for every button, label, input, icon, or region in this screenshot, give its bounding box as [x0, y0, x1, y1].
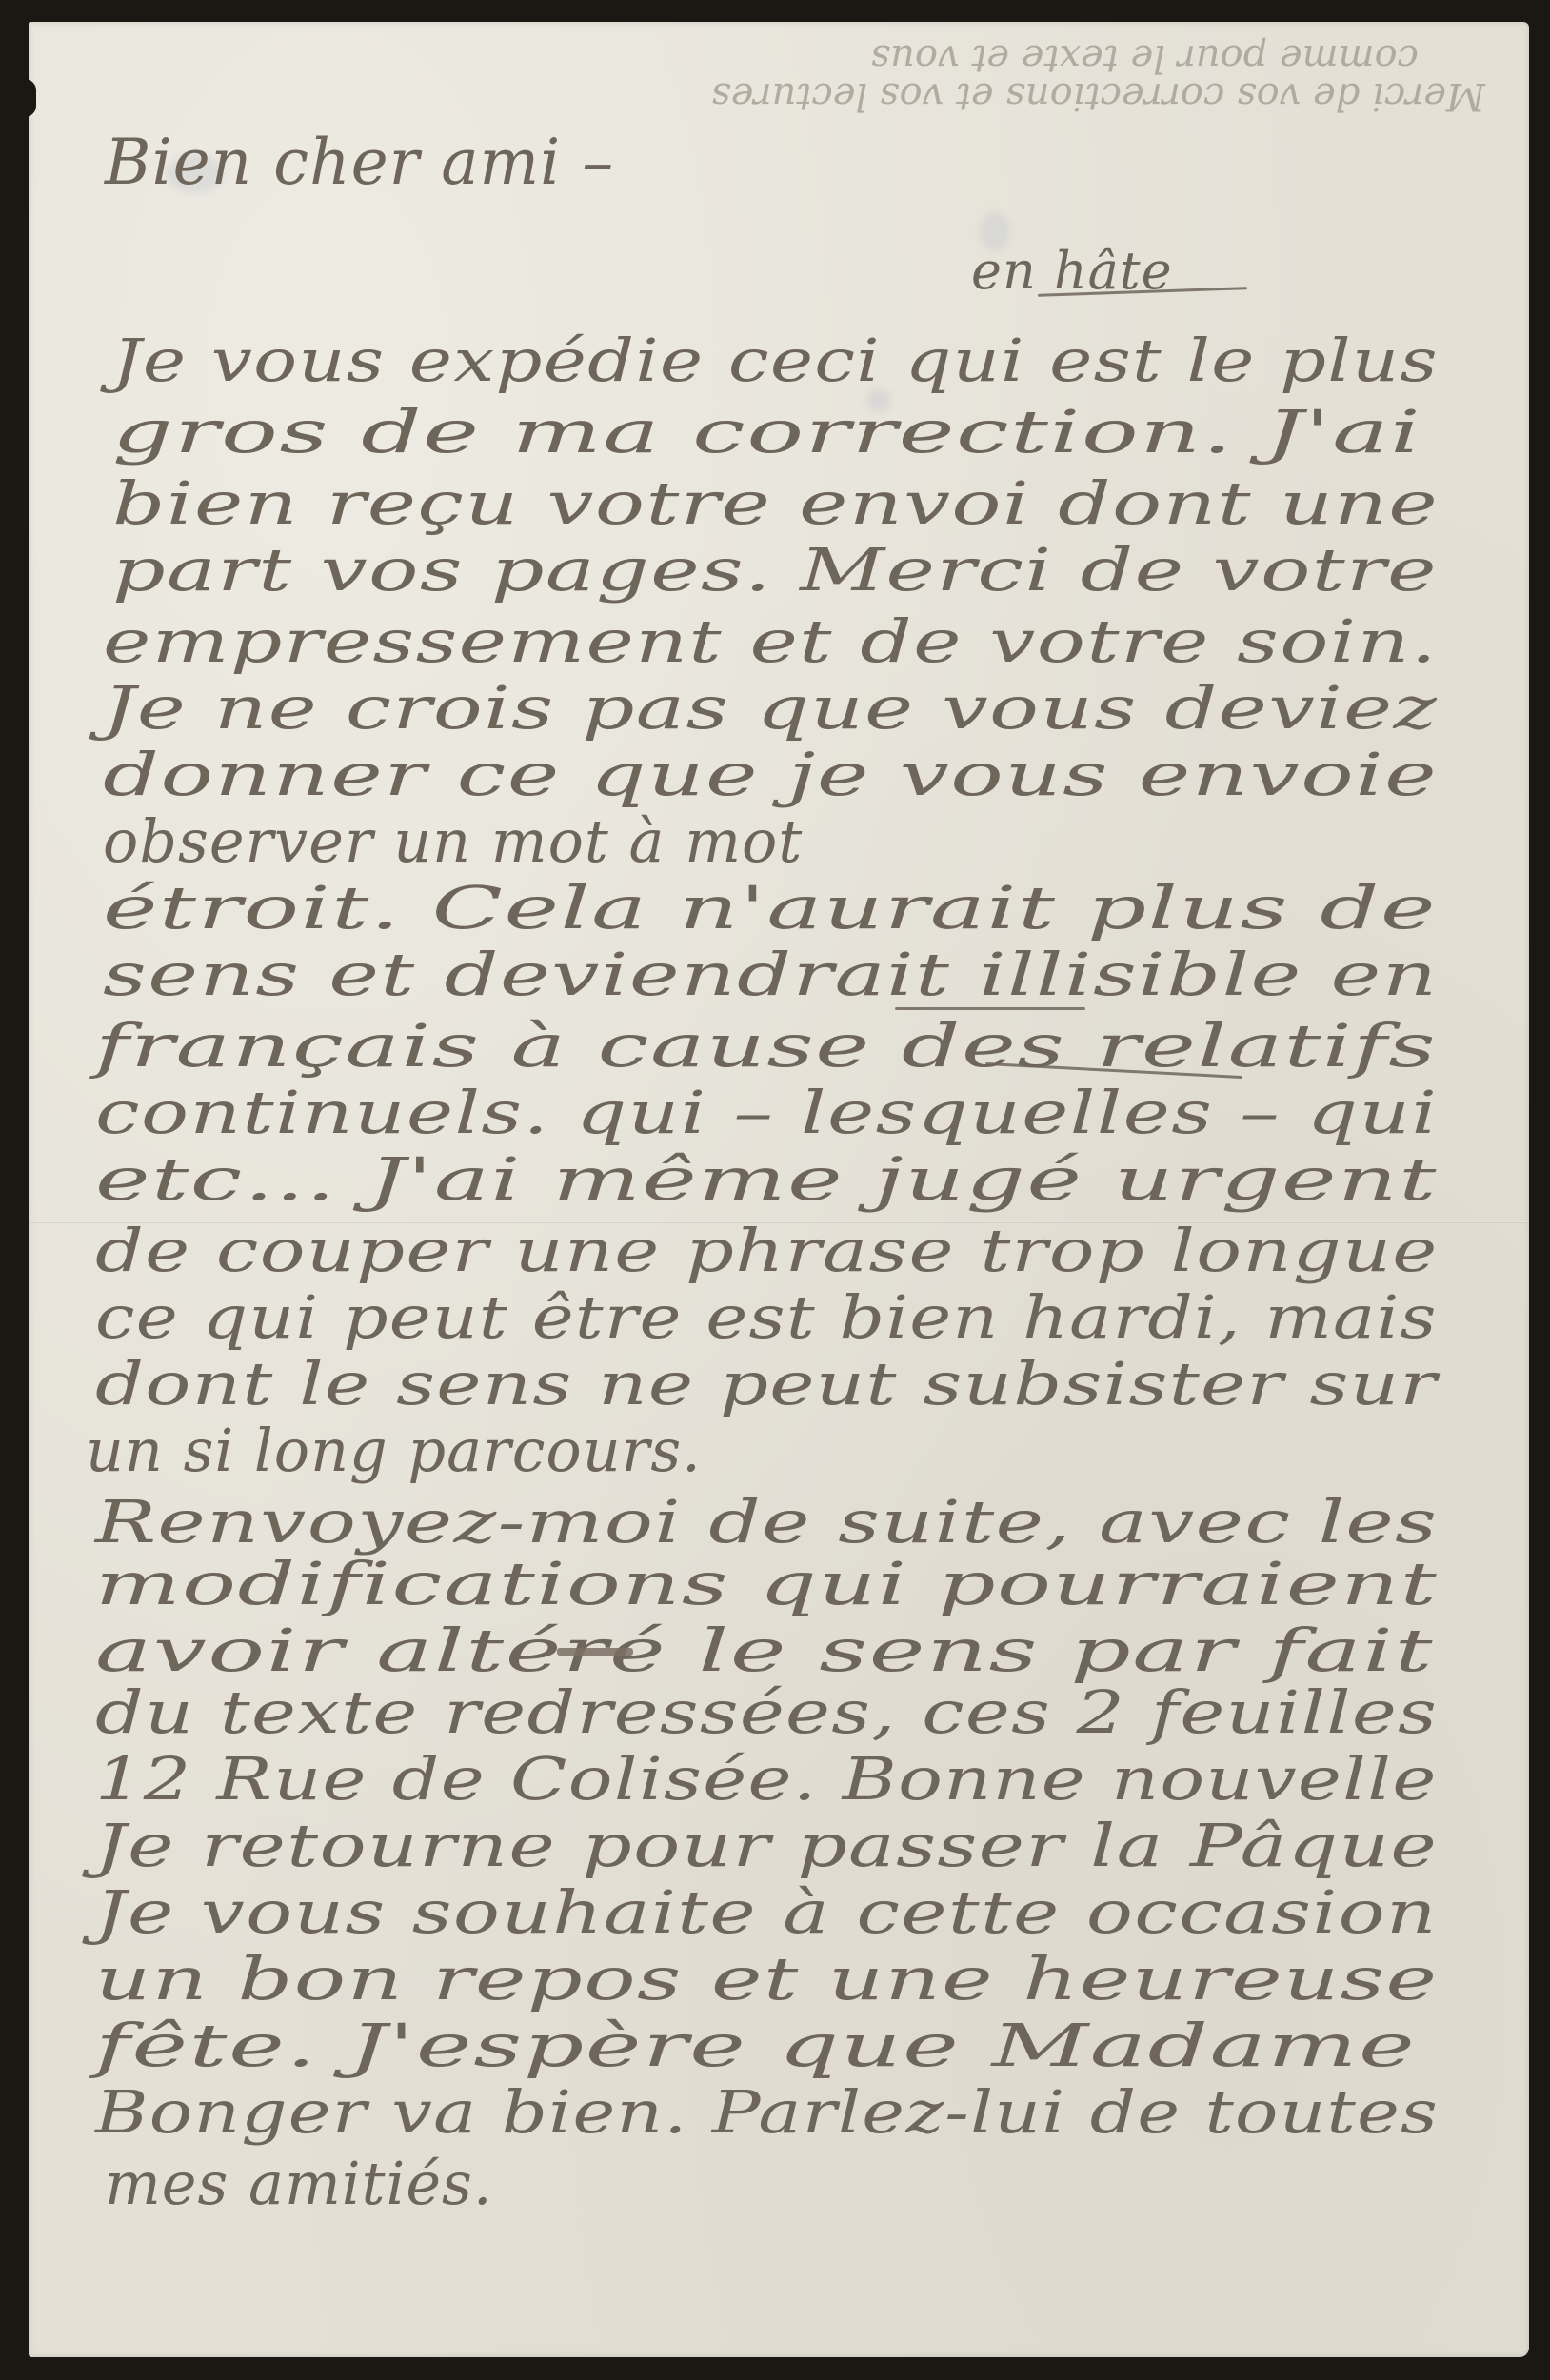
letter-line: etc… J'ai même jugé urgent — [95, 1150, 1438, 1209]
letter-line: dont le sens ne peut subsister sur — [95, 1355, 1438, 1414]
letter-line: étroit. Cela n'aurait plus de — [103, 879, 1437, 938]
letter-line: Je vous expédie ceci qui est le plus — [112, 331, 1439, 390]
letter-page: Merci de vos corrections et vos lectures… — [29, 22, 1529, 2357]
letter-line: Je ne crois pas que vous deviez — [103, 679, 1438, 738]
letter-line: sens et deviendrait illisible en — [103, 945, 1439, 1004]
letter-line: du texte redressées, ces 2 feuilles — [95, 1683, 1438, 1742]
letter-line: français à cause des relatifs — [95, 1017, 1437, 1076]
letter-line: observer un mot à mot — [103, 812, 803, 871]
letter-line: Bonger va bien. Parlez-lui de toutes — [95, 2083, 1439, 2142]
illisible-underline — [895, 1007, 1085, 1010]
letter-line: mes amitiés. — [105, 2154, 493, 2213]
letter-line: un si long parcours. — [86, 1421, 702, 1480]
salutation: Bien cher ami – — [105, 131, 614, 194]
haste-note: en hâte — [971, 246, 1173, 297]
letter-line: Je vous souhaite à cette occasion — [95, 1883, 1438, 1942]
letter-line: de couper une phrase trop longue — [95, 1221, 1439, 1280]
bleed-through-line: comme pour le texte et vous — [562, 36, 1419, 80]
letter-line: Je retourne pour passer la Pâque — [95, 1816, 1438, 1875]
letter-line: donner ce que je vous envoie — [103, 745, 1438, 804]
letter-line: avoir altéré le sens par fait — [95, 1621, 1434, 1680]
letter-line: gros de ma correction. J'ai — [112, 403, 1421, 462]
letter-line: modifications qui pourraient — [95, 1555, 1438, 1614]
letter-line: empressement et de votre soin. — [103, 612, 1438, 671]
letter-line: Renvoyez-moi de suite, avec les — [95, 1493, 1438, 1552]
letter-line: fête. J'espère que Madame — [95, 2016, 1416, 2075]
crossed-out-word — [557, 1648, 633, 1656]
letter-line: part vos pages. Merci de votre — [112, 541, 1438, 600]
letter-line: ce qui peut être est bien hardi, mais — [95, 1288, 1438, 1347]
letter-line: bien reçu votre envoi dont une — [112, 474, 1439, 533]
bleed-through-line: Merci de vos corrections et vos lectures — [267, 74, 1485, 118]
letter-line: un bon repos et une heureuse — [95, 1950, 1438, 2009]
letter-line: 12 Rue de Colisée. Bonne nouvelle — [95, 1750, 1438, 1809]
letter-line: continuels. qui – lesquelles – qui — [95, 1083, 1438, 1142]
